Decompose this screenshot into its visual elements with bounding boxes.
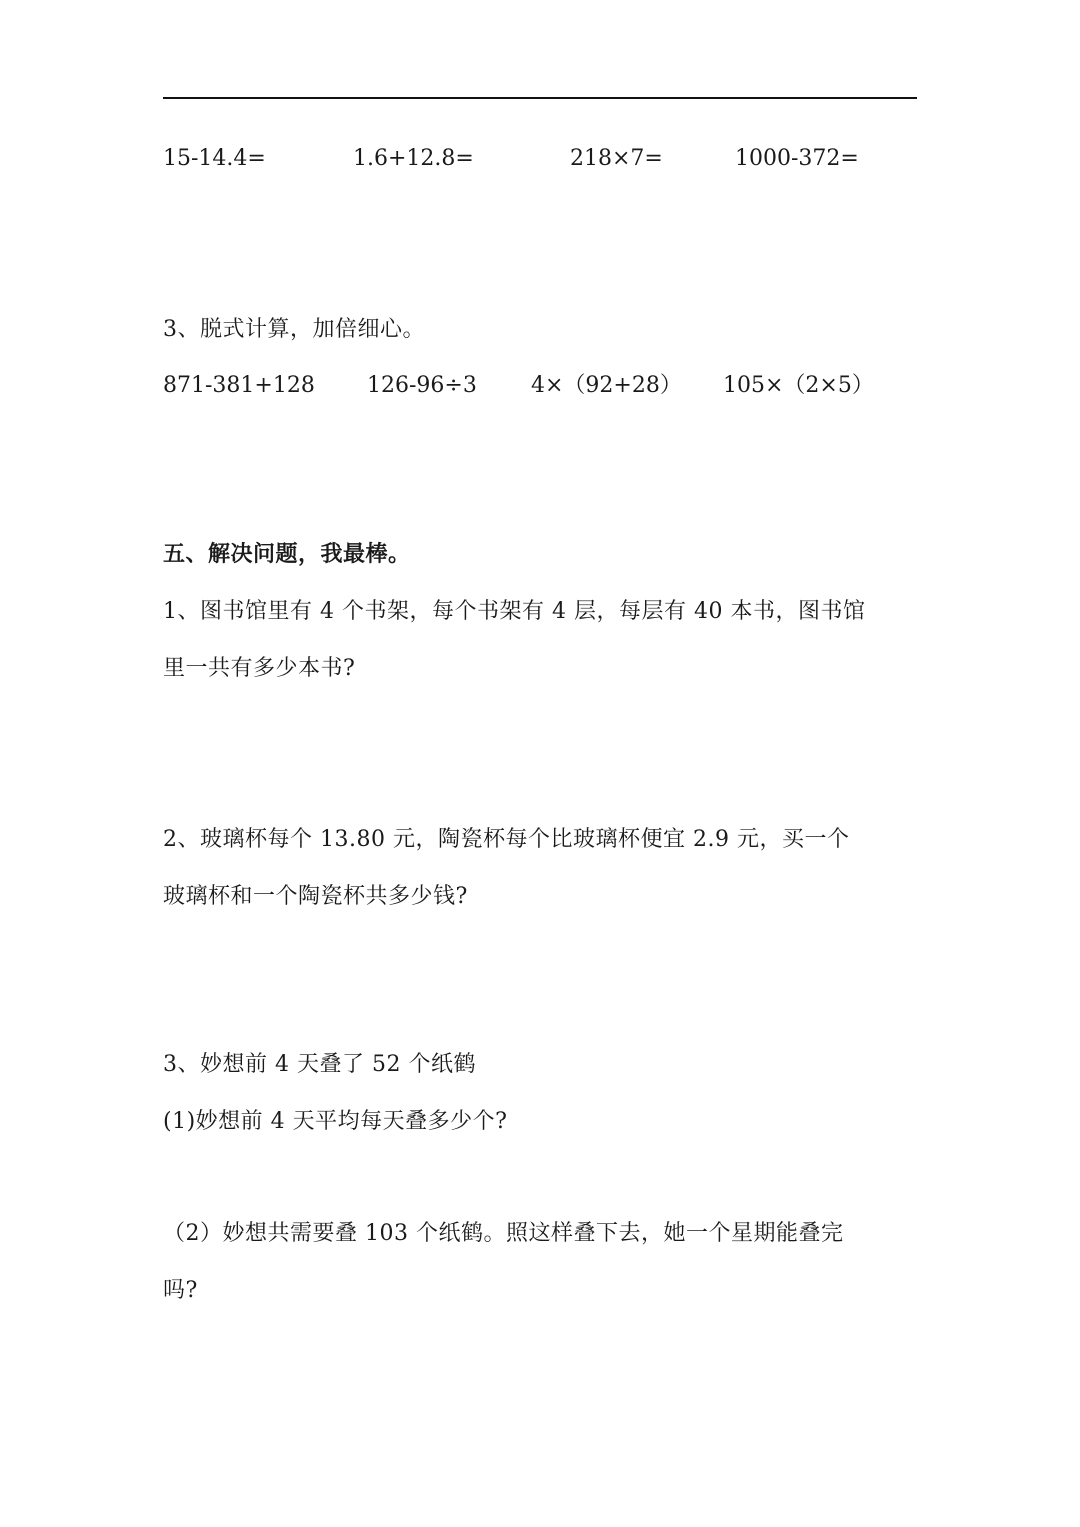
problem-3-sub-2-line-1: （2）妙想共需要叠 103 个纸鹤。照这样叠下去，她一个星期能叠完 bbox=[163, 1220, 843, 1248]
worksheet-page: 15-14.4= 1.6+12.8= 218×7= 1000-372= 3、脱式… bbox=[0, 0, 1080, 1527]
calc-item: 1.6+12.8= bbox=[353, 145, 474, 173]
step-calc-item: 126-96÷3 bbox=[367, 372, 477, 400]
step-calc-item: 105×（2×5） bbox=[723, 372, 874, 400]
section-heading: 五、解决问题，我最棒。 bbox=[163, 541, 411, 569]
question-title: 3、脱式计算，加倍细心。 bbox=[163, 316, 425, 344]
header-rule bbox=[163, 97, 917, 99]
problem-2-line-2: 玻璃杯和一个陶瓷杯共多少钱? bbox=[163, 883, 468, 911]
problem-3-sub-2-line-2: 吗? bbox=[163, 1277, 198, 1305]
calc-item: 218×7= bbox=[570, 145, 663, 173]
calc-item: 1000-372= bbox=[735, 145, 859, 173]
problem-1-line-2: 里一共有多少本书? bbox=[163, 655, 355, 683]
problem-3-sub-1: (1)妙想前 4 天平均每天叠多少个? bbox=[163, 1108, 507, 1136]
problem-2-line-1: 2、玻璃杯每个 13.80 元，陶瓷杯每个比玻璃杯便宜 2.9 元，买一个 bbox=[163, 826, 849, 854]
problem-1-line-1: 1、图书馆里有 4 个书架，每个书架有 4 层，每层有 40 本书，图书馆 bbox=[163, 598, 865, 626]
calc-item: 15-14.4= bbox=[163, 145, 266, 173]
step-calc-item: 871-381+128 bbox=[163, 372, 315, 400]
problem-3-line-1: 3、妙想前 4 天叠了 52 个纸鹤 bbox=[163, 1051, 476, 1079]
step-calc-item: 4×（92+28） bbox=[531, 372, 682, 400]
